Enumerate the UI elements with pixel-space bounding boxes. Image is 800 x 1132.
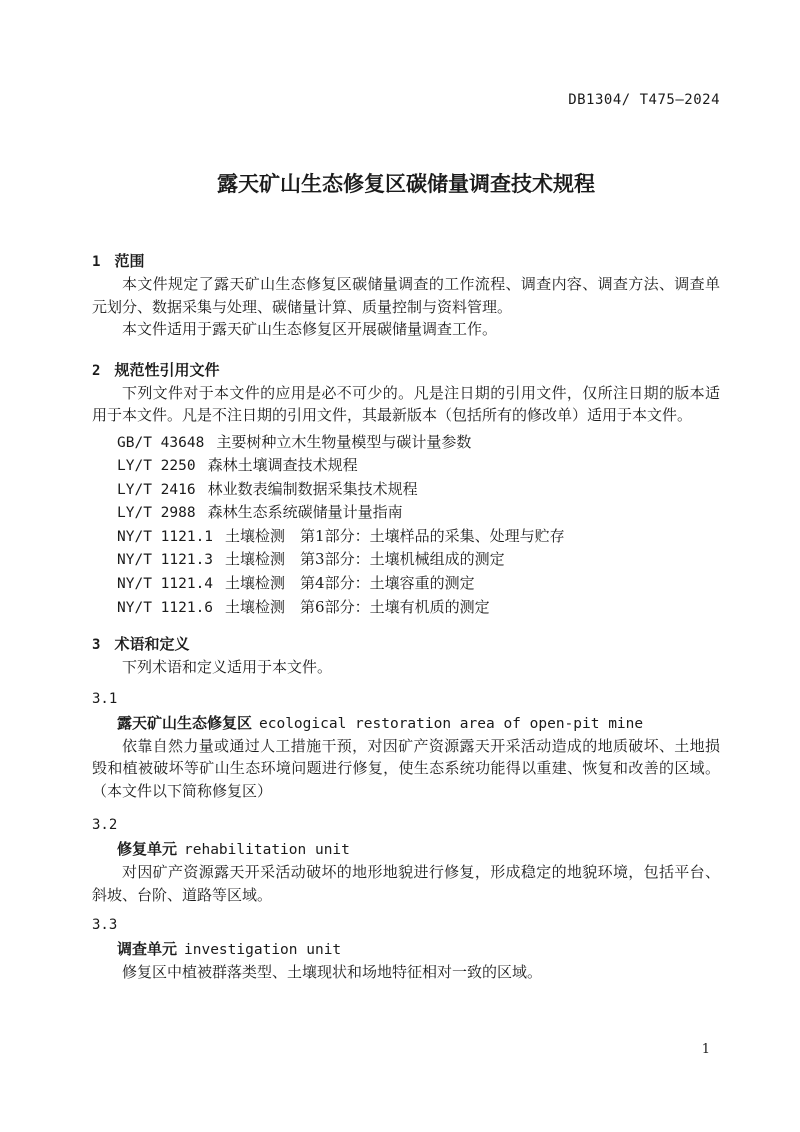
term-name: 调查单元investigation unit [92, 938, 720, 961]
reference-title: 土壤检测 第4部分：土壤容重的测定 [225, 574, 475, 592]
section-1-paragraph-2: 本文件适用于露天矿山生态修复区开展碳储量调查工作。 [92, 318, 720, 341]
term-3-3: 3.3 调查单元investigation unit 修复区中植被群落类型、土壤… [92, 914, 720, 984]
reference-code: LY/T 2988 [117, 505, 196, 521]
reference-title: 林业数表编制数据采集技术规程 [208, 480, 418, 498]
term-name: 修复单元rehabilitation unit [92, 838, 720, 861]
reference-item: GB/T 43648主要树种立木生物量模型与碳计量参数 [117, 431, 720, 455]
section-2-intro: 下列文件对于本文件的应用是必不可少的。凡是注日期的引用文件，仅所注日期的版本适用… [92, 382, 720, 427]
section-3-intro: 下列术语和定义适用于本文件。 [92, 656, 720, 679]
section-3-number: 3 [92, 634, 100, 656]
reference-item: LY/T 2250森林土壤调查技术规程 [117, 454, 720, 478]
term-number: 3.3 [92, 914, 720, 936]
normative-references-list: GB/T 43648主要树种立木生物量模型与碳计量参数 LY/T 2250森林土… [92, 431, 720, 620]
page-number: 1 [702, 1042, 710, 1057]
term-name-zh: 露天矿山生态修复区 [117, 714, 252, 732]
term-number: 3.1 [92, 688, 720, 710]
document-title: 露天矿山生态修复区碳储量调查技术规程 [92, 170, 720, 198]
term-3-1: 3.1 露天矿山生态修复区ecological restoration area… [92, 688, 720, 803]
reference-code: NY/T 1121.6 [117, 600, 213, 616]
section-2-number: 2 [92, 360, 100, 382]
term-3-2: 3.2 修复单元rehabilitation unit 对因矿产资源露天开采活动… [92, 814, 720, 906]
term-name-zh: 修复单元 [117, 840, 177, 858]
reference-title: 森林土壤调查技术规程 [208, 456, 358, 474]
reference-item: NY/T 1121.1土壤检测 第1部分：土壤样品的采集、处理与贮存 [117, 525, 720, 549]
term-number: 3.2 [92, 814, 720, 836]
section-2-heading: 2规范性引用文件 [92, 359, 720, 382]
document-code: DB1304/ T475—2024 [92, 93, 720, 108]
term-name-en: rehabilitation unit [184, 842, 350, 858]
document-page: DB1304/ T475—2024 露天矿山生态修复区碳储量调查技术规程 1范围… [0, 0, 800, 1132]
section-2-title: 规范性引用文件 [114, 361, 219, 379]
reference-code: LY/T 2416 [117, 482, 196, 498]
term-definition: 对因矿产资源露天开采活动破坏的地形地貌进行修复，形成稳定的地貌环境，包括平台、斜… [92, 861, 720, 906]
reference-item: NY/T 1121.6土壤检测 第6部分：土壤有机质的测定 [117, 596, 720, 620]
section-1-paragraph-1: 本文件规定了露天矿山生态修复区碳储量调查的工作流程、调查内容、调查方法、调查单元… [92, 273, 720, 318]
reference-title: 森林生态系统碳储量计量指南 [208, 503, 403, 521]
section-1-number: 1 [92, 251, 100, 273]
reference-code: LY/T 2250 [117, 458, 196, 474]
reference-title: 土壤检测 第6部分：土壤有机质的测定 [225, 598, 490, 616]
reference-code: GB/T 43648 [117, 435, 204, 451]
term-name-en: investigation unit [184, 942, 341, 958]
term-name-zh: 调查单元 [117, 940, 177, 958]
reference-title: 土壤检测 第1部分：土壤样品的采集、处理与贮存 [225, 527, 565, 545]
reference-title: 主要树种立木生物量模型与碳计量参数 [216, 433, 471, 451]
reference-code: NY/T 1121.3 [117, 552, 213, 568]
reference-code: NY/T 1121.1 [117, 529, 213, 545]
reference-item: LY/T 2988森林生态系统碳储量计量指南 [117, 501, 720, 525]
reference-item: NY/T 1121.4土壤检测 第4部分：土壤容重的测定 [117, 572, 720, 596]
section-3-heading: 3术语和定义 [92, 633, 720, 656]
section-1-heading: 1范围 [92, 250, 720, 273]
term-name: 露天矿山生态修复区ecological restoration area of … [92, 712, 720, 735]
term-name-en: ecological restoration area of open-pit … [259, 716, 643, 732]
section-1-title: 范围 [114, 252, 144, 270]
reference-item: NY/T 1121.3土壤检测 第3部分：土壤机械组成的测定 [117, 548, 720, 572]
term-definition: 依靠自然力量或通过人工措施干预，对因矿产资源露天开采活动造成的地质破坏、土地损毁… [92, 735, 720, 803]
section-3-title: 术语和定义 [114, 635, 189, 653]
reference-title: 土壤检测 第3部分：土壤机械组成的测定 [225, 550, 505, 568]
reference-item: LY/T 2416林业数表编制数据采集技术规程 [117, 478, 720, 502]
reference-code: NY/T 1121.4 [117, 576, 213, 592]
term-definition: 修复区中植被群落类型、土壤现状和场地特征相对一致的区域。 [92, 961, 720, 984]
